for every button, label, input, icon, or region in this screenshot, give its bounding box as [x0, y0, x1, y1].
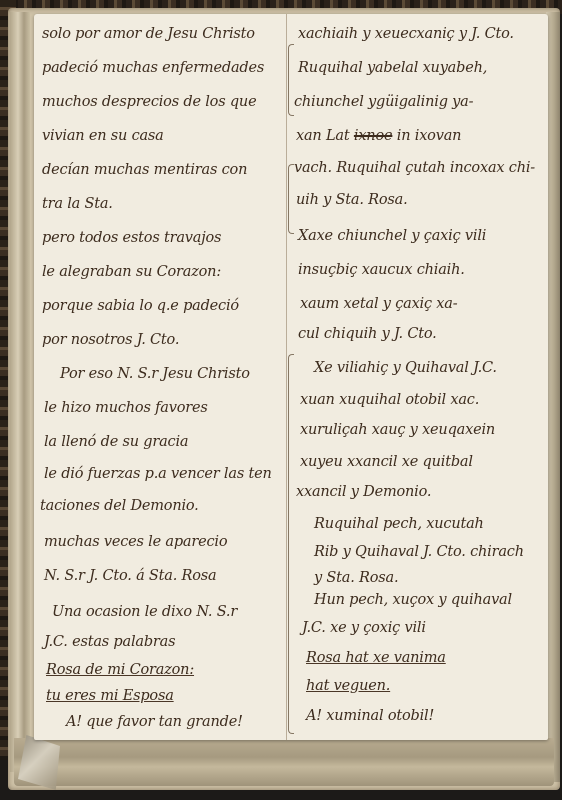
- left-line-20: Rosa de mi Corazon:: [46, 662, 194, 678]
- right-line-21: Rosa hat xe vanima: [306, 650, 446, 666]
- left-line-15: taciones del Demonio.: [40, 498, 199, 514]
- page-stack-bottom-edge: [14, 738, 554, 786]
- margin-bracket: [288, 354, 294, 734]
- left-line-11: Por eso N. S.r Jesu Christo: [60, 366, 250, 382]
- left-line-16: muchas veces le aparecio: [44, 534, 227, 550]
- page-stack-right-edge: [546, 12, 560, 782]
- right-line-20: J.C. xe y çoxiç vili: [302, 620, 426, 636]
- right-line-11: Xe viliahiç y Quihaval J.C.: [314, 360, 497, 376]
- manuscript-scan: solo por amor de Jesu Christo padeció mu…: [0, 0, 562, 800]
- manuscript-page: solo por amor de Jesu Christo padeció mu…: [34, 14, 548, 740]
- left-line-3: muchos desprecios de los que: [42, 94, 256, 110]
- right-line-2: Ruquihal yabelal xuyabeh,: [298, 60, 487, 76]
- right-line-13: xuruliçah xauç y xeuqaxein: [300, 422, 495, 438]
- right-line-15: xxancil y Demonio.: [296, 484, 431, 500]
- right-line-22: hat veguen.: [306, 678, 390, 694]
- left-line-5: decían muchas mentiras con: [42, 162, 247, 178]
- right-line-16: Ruquihal pech, xucutah: [314, 516, 484, 532]
- left-line-17: N. S.r J. Cto. á Sta. Rosa: [44, 568, 216, 584]
- left-line-7: pero todos estos travajos: [42, 230, 221, 246]
- left-line-19: J.C. estas palabras: [44, 634, 175, 650]
- right-line-14: xuyeu xxancil xe quitbal: [300, 454, 473, 470]
- left-line-6: tra la Sta.: [42, 196, 113, 212]
- right-line-17: Rib y Quihaval J. Cto. chirach: [314, 544, 524, 560]
- right-line-8: insuçbiç xaucux chiaih.: [298, 262, 465, 278]
- left-line-12: le hizo muchos favores: [44, 400, 208, 416]
- right-line-6: uih y Sta. Rosa.: [296, 192, 408, 208]
- left-line-1: solo por amor de Jesu Christo: [42, 26, 255, 42]
- left-line-8: le alegraban su Corazon:: [42, 264, 221, 280]
- right-line-3: chiunchel ygüigalinig ya-: [294, 94, 473, 110]
- left-line-18: Una ocasion le dixo N. S.r: [52, 604, 237, 620]
- left-line-13: la llenó de su gracia: [44, 434, 188, 450]
- left-line-4: vivian en su casa: [42, 128, 164, 144]
- left-line-21: tu eres mi Esposa: [46, 688, 174, 704]
- struck-out-word: ixnoe: [354, 128, 392, 144]
- left-line-22: A! que favor tan grande!: [66, 714, 243, 730]
- left-line-9: porque sabia lo q.e padeció: [42, 298, 239, 314]
- right-line-9: xaum xetal y çaxiç xa-: [300, 296, 457, 312]
- right-line-12: xuan xuquihal otobil xac.: [300, 392, 479, 408]
- column-divider: [286, 14, 287, 740]
- left-line-2: padeció muchas enfermedades: [42, 60, 264, 76]
- right-line-1: xachiaih y xeuecxaniç y J. Cto.: [298, 26, 514, 42]
- right-line-7: Xaxe chiunchel y çaxiç vili: [298, 228, 486, 244]
- page-stack-left-edge: [10, 12, 30, 772]
- left-line-14: le dió fuerzas p.a vencer las ten: [44, 466, 272, 482]
- right-line-19: Hun pech, xuçox y quihaval: [314, 592, 512, 608]
- right-line-5: vach. Ruquihal çutah incoxax chi-: [294, 160, 535, 176]
- right-line-10: cul chiquih y J. Cto.: [298, 326, 437, 342]
- left-line-10: por nosotros J. Cto.: [42, 332, 179, 348]
- right-line-4: xan Lat ixnoe in ixovan: [296, 128, 461, 144]
- right-line-18: y Sta. Rosa.: [314, 570, 398, 586]
- right-line-23: A! xuminal otobil!: [306, 708, 434, 724]
